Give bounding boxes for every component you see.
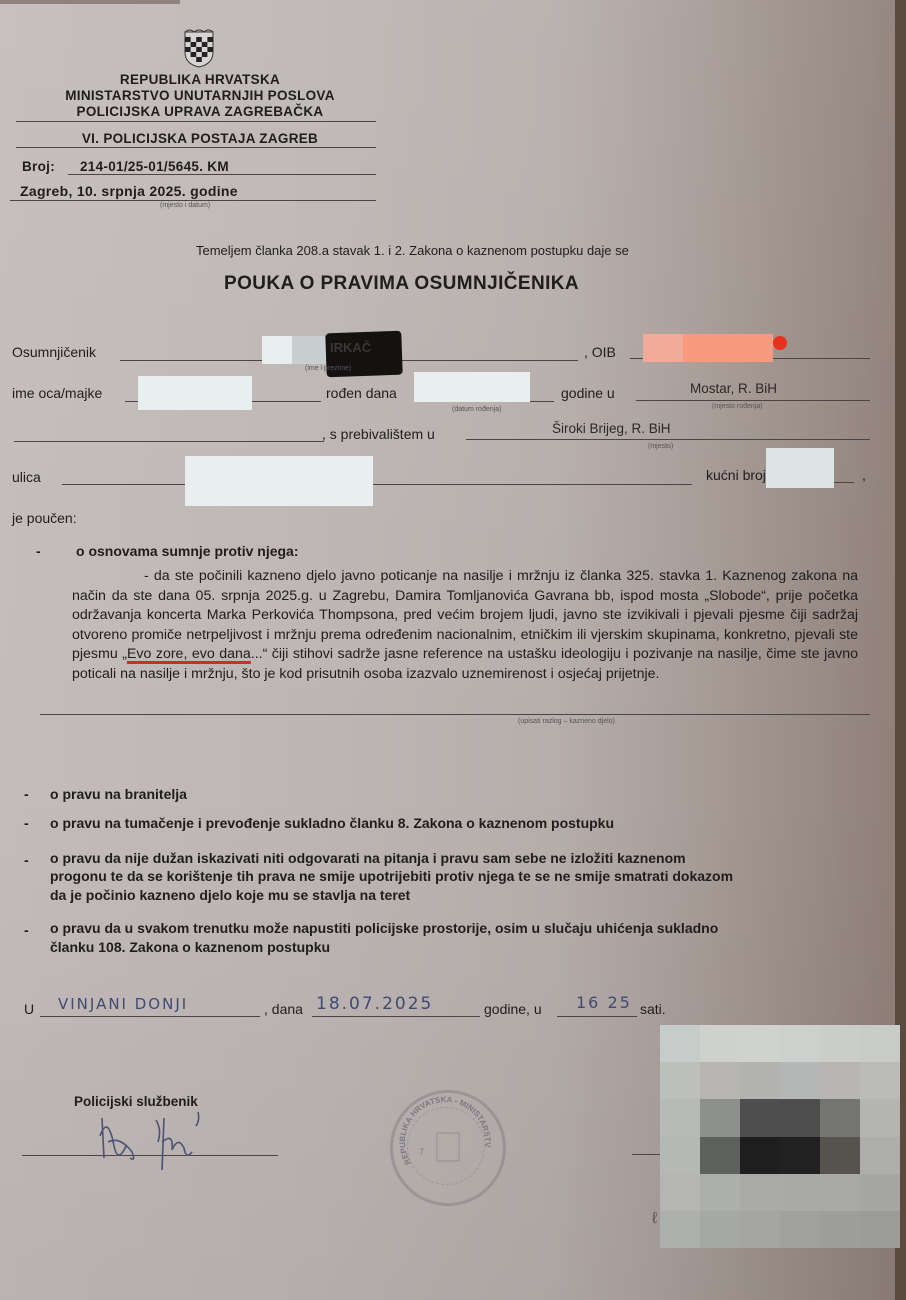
street-rule bbox=[62, 484, 692, 485]
broj-label: Broj: bbox=[22, 159, 55, 174]
handwriting-fragment: ℓ bbox=[652, 1210, 657, 1228]
grounds-heading: o osnovama sumnje protiv njega: bbox=[76, 543, 299, 559]
right-to-leave-line2: članku 108. Zakona o kaznenom postupku bbox=[50, 939, 330, 955]
handwritten-place: VINJANI DONJI bbox=[58, 995, 188, 1013]
handwritten-date: 18.07.2025 bbox=[316, 994, 433, 1014]
birthplace-value: Mostar, R. BiH bbox=[690, 381, 777, 396]
born-caption: (datum rođenja) bbox=[452, 406, 501, 413]
place-rule bbox=[40, 1016, 260, 1017]
broj-rule bbox=[68, 174, 376, 175]
croatia-coat-of-arms-icon bbox=[182, 28, 216, 68]
place-date: Zagreb, 10. srpnja 2025. godine bbox=[20, 183, 238, 199]
redaction-box bbox=[766, 448, 834, 488]
birthplace-rule bbox=[636, 400, 870, 401]
residence-label: , s prebivalištem u bbox=[322, 426, 435, 442]
right-to-silence-line1: o pravu da nije dužan iskazivati niti od… bbox=[50, 850, 686, 866]
legal-basis-intro: Temeljem članka 208.a stavak 1. i 2. Zak… bbox=[196, 243, 629, 258]
redaction-box bbox=[262, 336, 292, 364]
right-to-interpretation: o pravu na tumačenje i prevođenje suklad… bbox=[50, 815, 614, 831]
pixelated-redaction bbox=[660, 1025, 900, 1248]
broj-value: 214-01/25-01/5645. KM bbox=[80, 159, 229, 174]
header-republic: REPUBLIKA HRVATSKA bbox=[30, 72, 370, 87]
bullet-dash: - bbox=[24, 786, 29, 802]
right-to-leave-line1: o pravu da u svakom trenutku može napust… bbox=[50, 920, 718, 936]
right-to-silence-line2: progonu te da se korištenje tih prava ne… bbox=[50, 868, 733, 884]
place-date-rule bbox=[10, 200, 376, 201]
year-time-label: godine, u bbox=[484, 1001, 542, 1017]
informed-label: je poučen: bbox=[12, 510, 77, 526]
parent-name-label: ime oca/majke bbox=[12, 385, 102, 401]
residence-value: Široki Brijeg, R. BiH bbox=[552, 421, 671, 436]
date-prefix-label: , dana bbox=[264, 1001, 303, 1017]
official-stamp: REPUBLIKA HRVATSKA - MINISTARSTVO 7 bbox=[390, 1090, 506, 1206]
suspect-signature-rule bbox=[632, 1154, 662, 1155]
photo-edge bbox=[0, 0, 180, 4]
right-to-counsel: o pravu na branitelja bbox=[50, 786, 187, 802]
grounds-caption: (upisati razlog – kazneno djelo) bbox=[518, 718, 615, 725]
svg-text:REPUBLIKA HRVATSKA - MINISTARS: REPUBLIKA HRVATSKA - MINISTARSTVO bbox=[393, 1093, 492, 1166]
header-rule bbox=[16, 121, 376, 122]
residence-prefix-rule bbox=[14, 441, 324, 442]
redaction-box bbox=[138, 376, 252, 410]
oib-label: , OIB bbox=[584, 344, 616, 360]
highlighted-song-title: Evo zore, evo dana bbox=[127, 646, 251, 662]
header-rule bbox=[16, 147, 376, 148]
time-rule bbox=[557, 1016, 637, 1017]
handwritten-time: 16 25 bbox=[576, 993, 632, 1012]
residence-rule bbox=[466, 439, 870, 440]
redaction-box bbox=[414, 372, 530, 402]
grounds-text: - da ste počinili kazneno djelo javno po… bbox=[72, 567, 858, 685]
bullet-dash: - bbox=[24, 815, 29, 831]
house-number-label: kućni broj bbox=[706, 467, 766, 483]
place-date-caption: (mjesto i datum) bbox=[160, 202, 210, 209]
residence-caption: (mjesto) bbox=[648, 443, 673, 450]
bullet-dash: - bbox=[24, 922, 29, 938]
street-label: ulica bbox=[12, 469, 41, 485]
place-prefix-label: U bbox=[24, 1001, 34, 1017]
grounds-rule bbox=[40, 714, 870, 715]
header-police-administration: POLICIJSKA UPRAVA ZAGREBAČKA bbox=[30, 104, 370, 119]
oib-redaction bbox=[643, 334, 683, 362]
year-in-label: godine u bbox=[561, 385, 615, 401]
stamp-text: REPUBLIKA HRVATSKA - MINISTARSTVO 7 bbox=[393, 1093, 503, 1203]
redaction-box bbox=[292, 336, 326, 364]
header-ministry: MINISTARSTVO UNUTARNJIH POSLOVA bbox=[30, 88, 370, 103]
born-label: rođen dana bbox=[326, 385, 397, 401]
hours-label: sati. bbox=[640, 1001, 666, 1017]
trailing-comma: , bbox=[862, 467, 866, 483]
officer-signature bbox=[96, 1106, 216, 1176]
suspect-caption: (ime i prezime) bbox=[305, 365, 351, 372]
right-to-silence-line3: da je počinio kazneno djelo koje mu se s… bbox=[50, 887, 410, 903]
svg-text:7: 7 bbox=[419, 1147, 424, 1157]
redaction-box bbox=[185, 456, 373, 506]
birthplace-caption: (mjesto rođenja) bbox=[712, 403, 763, 410]
red-ink-mark bbox=[773, 336, 787, 350]
page-title: POUKA O PRAVIMA OSUMNJIČENIKA bbox=[224, 273, 579, 295]
bullet-dash: - bbox=[24, 852, 29, 868]
suspect-label: Osumnjičenik bbox=[12, 344, 96, 360]
suspect-name-fragment: IRKAČ bbox=[330, 340, 371, 355]
bullet-dash: - bbox=[36, 543, 41, 559]
header-station: VI. POLICIJSKA POSTAJA ZAGREB bbox=[30, 131, 370, 146]
date-rule bbox=[312, 1016, 480, 1017]
